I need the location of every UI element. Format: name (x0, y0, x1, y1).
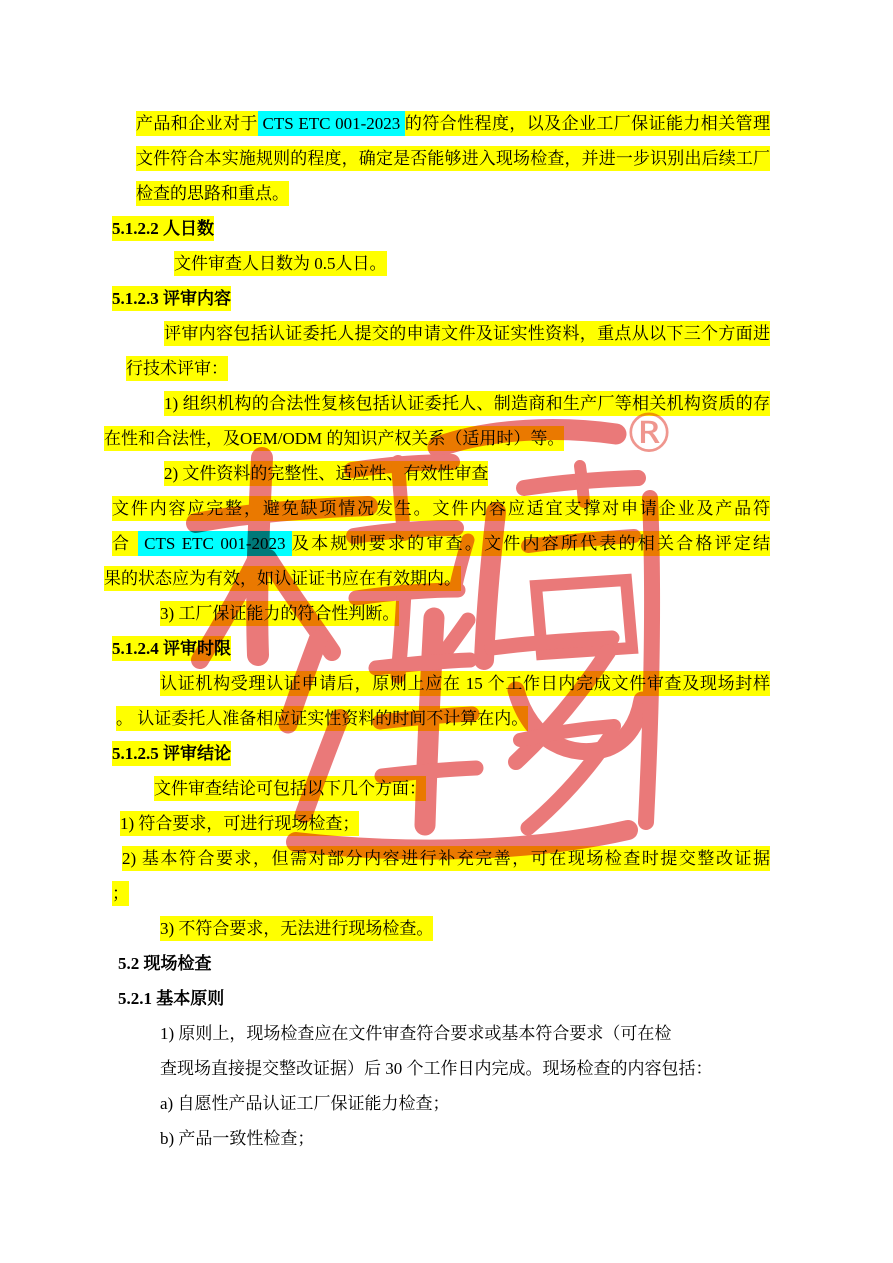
highlighted-text: 评审内容包括认证委托人提交的申请文件及证实性资料，重点从以下三个方面进 (164, 321, 770, 346)
list-item-line: 1) 组织机构的合法性复核包括认证委托人、制造商和生产厂等相关机构资质的存 (164, 386, 770, 421)
highlighted-text: 1) 符合要求，可进行现场检查； (120, 811, 359, 836)
highlighted-text: 合 (112, 531, 138, 556)
paragraph-line: 文件审查结论可包括以下几个方面： (154, 771, 770, 806)
paragraph-line: 认证机构受理认证申请后，原则上应在 15 个工作日内完成文件审查及现场封样 (160, 666, 770, 701)
list-item-line: 2) 基本符合要求，但需对部分内容进行补充完善，可在现场检查时提交整改证据 (122, 841, 770, 876)
paragraph-line: 文件审查人日数为 0.5人日。 (174, 246, 770, 281)
highlighted-text: 行技术评审： (126, 356, 228, 381)
paragraph-line: 果的状态应为有效，如认证证书应在有效期内。 (104, 561, 770, 596)
highlighted-text: 5.1.2.5 评审结论 (112, 741, 231, 766)
highlighted-text: 检查的思路和重点。 (136, 181, 289, 206)
paragraph-line: 文件内容应完整，避免缺项情况发生。文件内容应适宜支撑对申请企业及产品符 (112, 491, 770, 526)
highlighted-text: 认证机构受理认证申请后，原则上应在 15 个工作日内完成文件审查及现场封样 (160, 671, 770, 696)
highlighted-text: 文件内容应完整，避免缺项情况发生。文件内容应适宜支撑对申请企业及产品符 (112, 496, 770, 521)
list-item-line: 2) 文件资料的完整性、适应性、有效性审查 (164, 456, 770, 491)
text-segment: a) 自愿性产品认证工厂保证能力检查； (160, 1094, 449, 1113)
highlighted-text: 文件审查人日数为 0.5人日。 (174, 251, 387, 276)
highlighted-text: 2) 基本符合要求，但需对部分内容进行补充完善，可在现场检查时提交整改证据 (122, 846, 770, 871)
paragraph-line: 查现场直接提交整改证据）后 30 个工作日内完成。现场检查的内容包括： (160, 1051, 770, 1086)
document-page: 产品和企业对于 CTS ETC 001-2023 的符合性程度，以及企业工厂保证… (0, 0, 893, 1263)
section-heading: 5.1.2.5 评审结论 (112, 736, 770, 771)
section-heading: 5.2.1 基本原则 (118, 981, 770, 1016)
highlighted-text: 1) 组织机构的合法性复核包括认证委托人、制造商和生产厂等相关机构资质的存 (164, 391, 770, 416)
list-item-line: a) 自愿性产品认证工厂保证能力检查； (160, 1086, 770, 1121)
paragraph-line: 在性和合法性，及OEM/ODM 的知识产权关系（适用时）等。 (104, 421, 770, 456)
section-heading: 5.1.2.2 人日数 (112, 211, 770, 246)
section-heading: 5.1.2.3 评审内容 (112, 281, 770, 316)
section-heading: 5.1.2.4 评审时限 (112, 631, 770, 666)
text-segment: 5.2.1 基本原则 (118, 989, 224, 1008)
highlighted-text: 的符合性程度，以及企业工厂保证能力相关管理 (405, 111, 770, 136)
paragraph-line: 合 CTS ETC 001-2023 及本规则要求的审查。文件内容所代表的相关合… (112, 526, 770, 561)
highlighted-text: 5.1.2.4 评审时限 (112, 636, 231, 661)
list-item-line: 1) 符合要求，可进行现场检查； (120, 806, 770, 841)
highlighted-text: 。 认证委托人准备相应证实性资料的时间不计算在内。 (116, 706, 528, 731)
paragraph-line: 。 认证委托人准备相应证实性资料的时间不计算在内。 (116, 701, 770, 736)
paragraph-line: 评审内容包括认证委托人提交的申请文件及证实性资料，重点从以下三个方面进 (164, 316, 770, 351)
highlighted-text: 及本规则要求的审查。文件内容所代表的相关合格评定结 (292, 531, 770, 556)
highlighted-text: 果的状态应为有效，如认证证书应在有效期内。 (104, 566, 461, 591)
highlighted-text: 5.1.2.3 评审内容 (112, 286, 231, 311)
highlighted-text: 产品和企业对于 (136, 111, 258, 136)
text-segment: 5.2 现场检查 (118, 954, 212, 973)
highlighted-text: 文件审查结论可包括以下几个方面： (154, 776, 426, 801)
text-segment: 查现场直接提交整改证据）后 30 个工作日内完成。现场检查的内容包括： (160, 1059, 713, 1078)
paragraph-line: ； (112, 876, 770, 911)
paragraph-line: 行技术评审： (126, 351, 770, 386)
highlighted-text: 在性和合法性，及OEM/ODM 的知识产权关系（适用时）等。 (104, 426, 564, 451)
highlighted-text: CTS ETC 001-2023 (138, 531, 292, 556)
paragraph-line: 检查的思路和重点。 (136, 176, 770, 211)
highlighted-text: 3) 工厂保证能力的符合性判断。 (160, 601, 399, 626)
list-item-line: 3) 工厂保证能力的符合性判断。 (160, 596, 770, 631)
list-item-line: b) 产品一致性检查； (160, 1121, 770, 1156)
paragraph-line: 文件符合本实施规则的程度，确定是否能够进入现场检查，并进一步识别出后续工厂 (136, 141, 770, 176)
section-heading: 5.2 现场检查 (118, 946, 770, 981)
highlighted-text: 3) 不符合要求，无法进行现场检查。 (160, 916, 433, 941)
text-segment: b) 产品一致性检查； (160, 1129, 314, 1148)
document-text: 产品和企业对于 CTS ETC 001-2023 的符合性程度，以及企业工厂保证… (112, 106, 770, 1156)
highlighted-text: 文件符合本实施规则的程度，确定是否能够进入现场检查，并进一步识别出后续工厂 (136, 146, 770, 171)
list-item-line: 3) 不符合要求，无法进行现场检查。 (160, 911, 770, 946)
text-segment: 1) 原则上，现场检查应在文件审查符合要求或基本符合要求（可在检 (160, 1024, 671, 1043)
paragraph-line: 产品和企业对于 CTS ETC 001-2023 的符合性程度，以及企业工厂保证… (136, 106, 770, 141)
highlighted-text: CTS ETC 001-2023 (258, 111, 405, 136)
highlighted-text: 5.1.2.2 人日数 (112, 216, 214, 241)
list-item-line: 1) 原则上，现场检查应在文件审查符合要求或基本符合要求（可在检 (160, 1016, 770, 1051)
highlighted-text: ； (112, 881, 129, 906)
highlighted-text: 2) 文件资料的完整性、适应性、有效性审查 (164, 461, 488, 486)
